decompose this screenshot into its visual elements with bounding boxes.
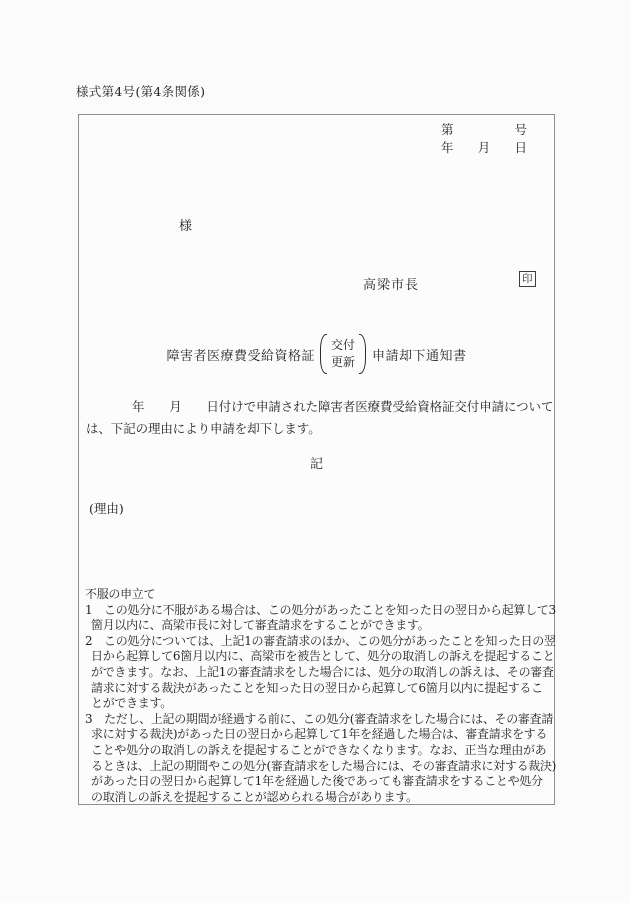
bracket-option-bottom: 更新	[331, 354, 355, 371]
doc-number-block: 第 号 年 月 日	[441, 121, 527, 156]
document-page: 様式第4号(第4条関係) 第 号 年 月 日 様 高梁市長 印 障害者医療費受給…	[0, 0, 630, 903]
title-text-right: 申請却下通知書	[372, 345, 467, 364]
form-number-label: 様式第4号(第4条関係)	[76, 82, 205, 100]
left-paren-icon	[320, 334, 327, 374]
appeal-line: とができます。	[85, 696, 551, 712]
date-day-label: 日	[514, 139, 527, 157]
seal-stamp: 印	[519, 271, 536, 287]
bracket-options: 交付 更新	[327, 334, 359, 374]
addressee-honorific: 様	[179, 215, 192, 234]
body-paragraph: 年 月 日付けで申請された障害者医療費受給資格証交付申請について は、下記の理由…	[86, 396, 550, 440]
doc-date-line: 年 月 日	[441, 139, 527, 157]
appeal-heading: 不服の申立て	[85, 587, 551, 603]
notice-title: 障害者医療費受給資格証 交付 更新 申請却下通知書	[79, 334, 554, 374]
title-bracket: 交付 更新	[320, 334, 366, 374]
appeal-item: 2 この処分については、上記1の審査請求のほか、この処分があったことを知った日の…	[85, 634, 551, 712]
appeal-line: の取消しの訴えを提起することが認められる場合があります。	[85, 790, 551, 806]
reason-label: (理由)	[89, 499, 124, 517]
appeal-line: ができます。なお、上記1の審査請求をした場合には、処分の取消しの訴えは、その審査	[85, 665, 551, 681]
body-line: 年 月 日付けで申請された障害者医療費受給資格証交付申請について	[86, 396, 550, 418]
title-text-left: 障害者医療費受給資格証	[166, 345, 315, 364]
appeal-line: 1 この処分に不服がある場合は、この処分があったことを知った日の翌日から起算して…	[85, 603, 551, 619]
appeal-line: 求に対する裁決)があった日の翌日から起算して1年を経過した場合は、審査請求をする	[85, 727, 551, 743]
appeal-line: があった日の翌日から起算して1年を経過した後であっても審査請求をすることや処分	[85, 774, 551, 790]
appeal-section: 不服の申立て 1 この処分に不服がある場合は、この処分があったことを知った日の翌…	[85, 587, 551, 805]
body-line: は、下記の理由により申請を却下します。	[86, 418, 550, 440]
appeal-line: 請求に対する裁決があったことを知った日の翌日から起算して6箇月以内に提起するこ	[85, 681, 551, 697]
appeal-item: 3 ただし、上記の期間が経過する前に、この処分(審査請求をした場合には、その審査…	[85, 712, 551, 806]
ki-marker: 記	[79, 453, 554, 472]
issuer-name: 高梁市長	[363, 274, 419, 293]
appeal-line: 日から起算して6箇月以内に、高梁市を被告として、処分の取消しの訴えを提起すること	[85, 649, 551, 665]
doc-number-line: 第 号	[441, 121, 527, 139]
appeal-line: 3 ただし、上記の期間が経過する前に、この処分(審査請求をした場合には、その審査…	[85, 712, 551, 728]
bracket-option-top: 交付	[331, 337, 355, 354]
document-frame: 第 号 年 月 日 様 高梁市長 印 障害者医療費受給資格証 交付 更新 申請却	[78, 114, 555, 805]
appeal-line: 箇月以内に、高梁市長に対して審査請求をすることができます。	[85, 618, 551, 634]
date-month-label: 月	[478, 139, 491, 157]
appeal-line: ことや処分の取消しの訴えを提起することができなくなります。なお、正当な理由があ	[85, 743, 551, 759]
doc-number-prefix: 第	[441, 121, 454, 139]
date-year-label: 年	[441, 139, 454, 157]
appeal-line: 2 この処分については、上記1の審査請求のほか、この処分があったことを知った日の…	[85, 634, 551, 650]
doc-number-suffix: 号	[514, 121, 527, 139]
right-paren-icon	[359, 334, 366, 374]
appeal-item: 1 この処分に不服がある場合は、この処分があったことを知った日の翌日から起算して…	[85, 603, 551, 634]
appeal-line: るときは、上記の期間やこの処分(審査請求をした場合には、その審査請求に対する裁決…	[85, 759, 551, 775]
